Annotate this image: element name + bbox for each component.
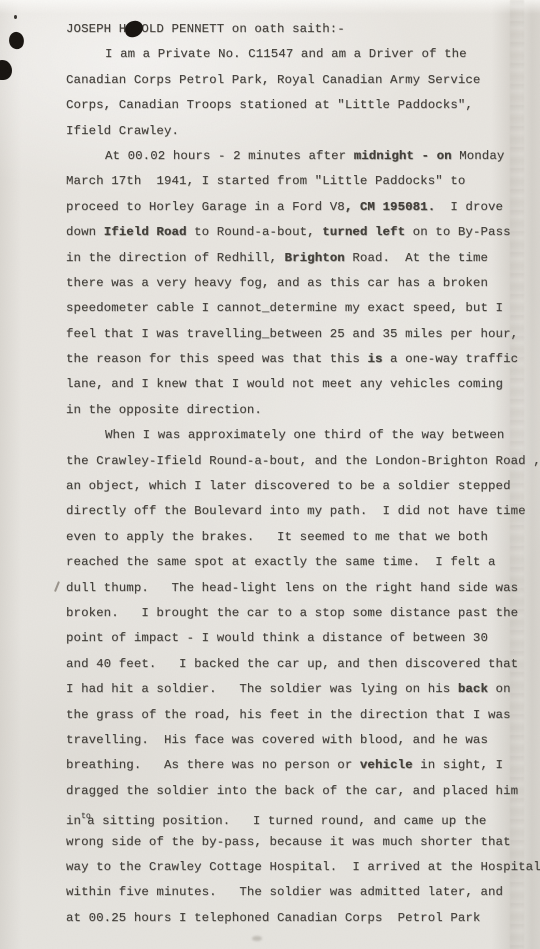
text-line: Canadian Corps Petrol Park, Royal Canadi… — [66, 68, 522, 93]
text-line: down Ifield Road to Round-a-bout, turned… — [66, 220, 522, 245]
paragraphs: I am a Private No. C11547 and am a Drive… — [66, 42, 522, 931]
ink-blot — [0, 60, 12, 80]
text-line: breathing. As there was no person or veh… — [66, 753, 522, 778]
text-line: Corps, Canadian Troops stationed at "Lit… — [66, 93, 522, 118]
pen-mark — [54, 581, 60, 592]
text-line: reached the same spot at exactly the sam… — [66, 550, 522, 575]
text-line: intoa sitting position. I turned round, … — [66, 804, 522, 829]
text-line: travelling. His face was covered with bl… — [66, 728, 522, 753]
document-page: JOSEPH HAROLD PENNETT on oath saith:- I … — [0, 0, 540, 949]
text-line: way to the Crawley Cottage Hospital. I a… — [66, 855, 522, 880]
text-line: When I was approximately one third of th… — [66, 423, 522, 448]
text-line: an object, which I later discovered to b… — [66, 474, 522, 499]
text-line: lane, and I knew that I would not meet a… — [66, 372, 522, 397]
text-line: I am a Private No. C11547 and am a Drive… — [66, 42, 522, 67]
text-line: at 00.25 hours I telephoned Canadian Cor… — [66, 906, 522, 931]
text-line: the reason for this speed was that this … — [66, 347, 522, 372]
ink-speck — [14, 15, 17, 19]
document-content: JOSEPH HAROLD PENNETT on oath saith:- I … — [66, 17, 522, 931]
text-line: At 00.02 hours - 2 minutes after midnigh… — [66, 144, 522, 169]
text-line: feel that I was travelling_between 25 an… — [66, 322, 522, 347]
text-line: dull thump. The head-light lens on the r… — [66, 576, 522, 601]
text-line: the grass of the road, his feet in the d… — [66, 703, 522, 728]
text-line: directly off the Boulevard into my path.… — [66, 499, 522, 524]
text-line: wrong side of the by-pass, because it wa… — [66, 830, 522, 855]
ink-blot — [8, 31, 26, 50]
text-line: broken. I brought the car to a stop some… — [66, 601, 522, 626]
text-line: in the opposite direction. — [66, 398, 522, 423]
text-line: I had hit a soldier. The soldier was lyi… — [66, 677, 522, 702]
smudge — [252, 936, 262, 941]
text-line: even to apply the brakes. It seemed to m… — [66, 525, 522, 550]
text-line: Ifield Crawley. — [66, 119, 522, 144]
text-line: and 40 feet. I backed the car up, and th… — [66, 652, 522, 677]
text-line: the Crawley-Ifield Round-a-bout, and the… — [66, 449, 522, 474]
text-line: within five minutes. The soldier was adm… — [66, 880, 522, 905]
text-line: point of impact - I would think a distan… — [66, 626, 522, 651]
text-line: speedometer cable I cannot_determine my … — [66, 296, 522, 321]
text-line: dragged the soldier into the back of the… — [66, 779, 522, 804]
text-line: March 17th 1941, I started from "Little … — [66, 169, 522, 194]
text-line: in the direction of Redhill, Brighton Ro… — [66, 246, 522, 271]
text-line: proceed to Horley Garage in a Ford V8, C… — [66, 195, 522, 220]
text-line: there was a very heavy fog, and as this … — [66, 271, 522, 296]
